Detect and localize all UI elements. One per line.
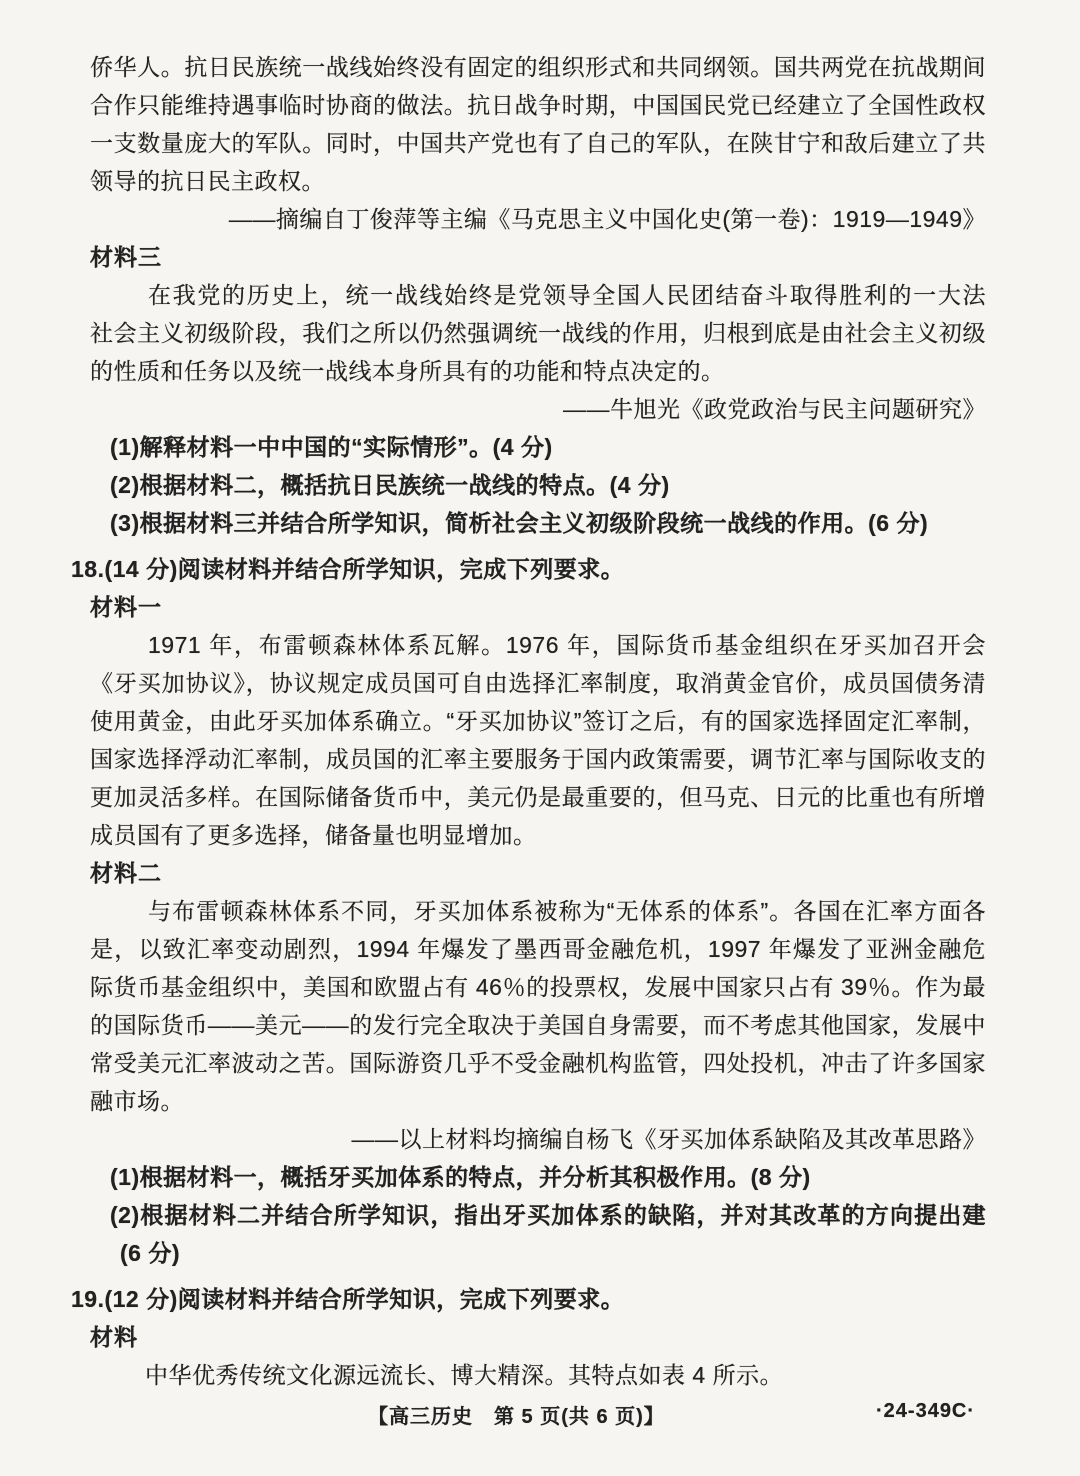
material-text-line: 与布雷顿森林体系不同，牙买加体系被称为“无体系的体系”。各国在汇率方面各行其 xyxy=(90,892,986,930)
material-text-line: 成员国有了更多选择，储备量也明显增加。 xyxy=(90,816,986,854)
material-text-line: 在我党的历史上，统一战线始终是党领导全国人民团结奋斗取得胜利的一大法宝。在 xyxy=(90,276,986,314)
sub-question-3: (3)根据材料三并结合所学知识，简析社会主义初级阶段统一战线的作用。(6 分) xyxy=(110,504,986,542)
exam-page: 侨华人。抗日民族统一战线始终没有固定的组织形式和共同纲领。国共两党在抗战期间的 … xyxy=(0,0,1080,1476)
material-heading: 材料 xyxy=(90,1318,986,1356)
material-text-line: 常受美元汇率波动之苦。国际游资几乎不受金融机构监管，四处投机，冲击了许多国家的金 xyxy=(90,1044,986,1082)
question18-section: 18.(14 分)阅读材料并结合所学知识，完成下列要求。 材料一 1971 年，… xyxy=(90,550,986,1272)
material-source: ——以上材料均摘编自杨飞《牙买加体系缺陷及其改革思路》 xyxy=(90,1120,986,1158)
material-text-line: 一支数量庞大的军队。同时，中国共产党也有了自己的军队，在陕甘宁和敌后建立了共产党 xyxy=(90,124,986,162)
material-text-line: 际货币基金组织中，美国和欧盟占有 46％的投票权，发展中国家只占有 39％。作为… xyxy=(90,968,986,1006)
material1-heading: 材料一 xyxy=(90,588,986,626)
material-text-line: 《牙买加协议》，协议规定成员国可自由选择汇率制度，取消黄金官价，成员国债务清算不… xyxy=(90,664,986,702)
sub-question-2-score: (6 分) xyxy=(120,1234,986,1272)
material-source: ——牛旭光《政党政治与民主问题研究》 xyxy=(90,390,986,428)
question17-section: 侨华人。抗日民族统一战线始终没有固定的组织形式和共同纲领。国共两党在抗战期间的 … xyxy=(90,48,986,542)
footer-paper-code: ·24-349C· xyxy=(876,1400,975,1423)
material-text-line: 社会主义初级阶段，我们之所以仍然强调统一战线的作用，归根到底是由社会主义初级阶段 xyxy=(90,314,986,352)
material-text-line: 1971 年，布雷顿森林体系瓦解。1976 年，国际货币基金组织在牙买加召开会议… xyxy=(90,626,986,664)
material-text-line: 的性质和任务以及统一战线本身所具有的功能和特点决定的。 xyxy=(90,352,986,390)
material-text-line: 是，以致汇率变动剧烈，1994 年爆发了墨西哥金融危机，1997 年爆发了亚洲金… xyxy=(90,930,986,968)
question18-stem: 18.(14 分)阅读材料并结合所学知识，完成下列要求。 xyxy=(71,550,986,588)
material3-heading: 材料三 xyxy=(90,238,986,276)
material-text-line: 使用黄金，由此牙买加体系确立。“牙买加协议”签订之后，有的国家选择固定汇率制，有… xyxy=(90,702,986,740)
material2-heading: 材料二 xyxy=(90,854,986,892)
sub-question-1: (1)根据材料一，概括牙买加体系的特点，并分析其积极作用。(8 分) xyxy=(110,1158,986,1196)
sub-question-2: (2)根据材料二并结合所学知识，指出牙买加体系的缺陷，并对其改革的方向提出建议。 xyxy=(110,1196,986,1234)
material-text-line: 国家选择浮动汇率制，成员国的汇率主要服务于国内政策需要，调节汇率与国际收支的手段 xyxy=(90,740,986,778)
material-source: ——摘编自丁俊萍等主编《马克思主义中国化史(第一卷)：1919—1949》 xyxy=(90,200,986,238)
question19-section: 19.(12 分)阅读材料并结合所学知识，完成下列要求。 材料 中华优秀传统文化… xyxy=(90,1280,986,1394)
footer-page-label: 【高三历史 第 5 页(共 6 页)】 xyxy=(368,1400,665,1429)
material-text-line: 的国际货币——美元——的发行完全取决于美国自身需要，而不考虑其他国家，发展中国家 xyxy=(90,1006,986,1044)
sub-question-2: (2)根据材料二，概括抗日民族统一战线的特点。(4 分) xyxy=(110,466,986,504)
material-text-line: 侨华人。抗日民族统一战线始终没有固定的组织形式和共同纲领。国共两党在抗战期间的 xyxy=(90,48,986,86)
material-text-line: 中华优秀传统文化源远流长、博大精深。其特点如表 4 所示。 xyxy=(145,1356,986,1394)
material-text-line: 融市场。 xyxy=(90,1082,986,1120)
sub-question-1: (1)解释材料一中中国的“实际情形”。(4 分) xyxy=(110,428,986,466)
material-text-line: 更加灵活多样。在国际储备货币中，美元仍是最重要的，但马克、日元的比重也有所增加，… xyxy=(90,778,986,816)
material-text-line: 领导的抗日民主政权。 xyxy=(90,162,986,200)
question19-stem: 19.(12 分)阅读材料并结合所学知识，完成下列要求。 xyxy=(71,1280,986,1318)
material-text-line: 合作只能维持遇事临时协商的做法。抗日战争时期，中国国民党已经建立了全国性政权和 xyxy=(90,86,986,124)
